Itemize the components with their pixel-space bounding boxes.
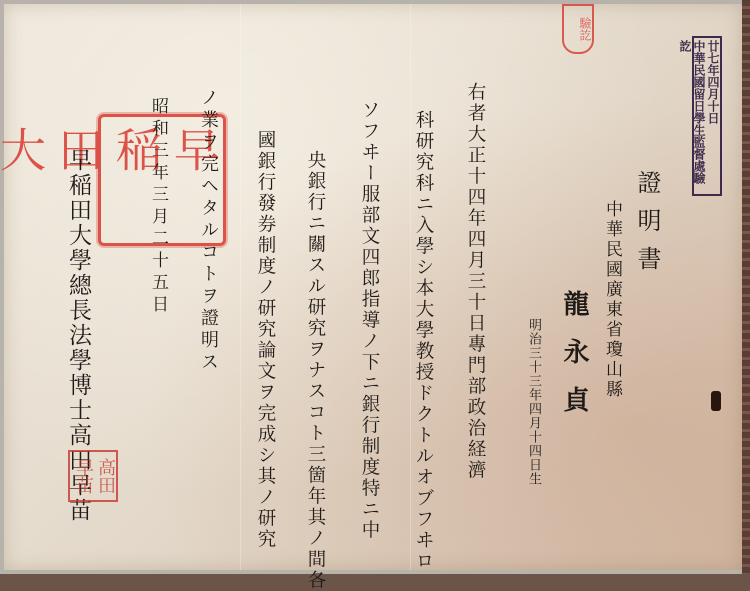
stamp-text: 中華民國留日學生監督處驗訖 [678, 40, 706, 192]
body-line-5: 國銀行發券制度ノ研究論文ヲ完成シ其ノ研究 [252, 130, 278, 550]
recipient-origin: 中華民國廣東省瓊山縣 [600, 200, 625, 400]
body-line-1: 右者大正十四年四月三十日專門部政治経濟 [462, 82, 488, 481]
supervisor-stamp: 廿七年四月十日 中華民國留日學生監督處驗訖 [692, 36, 722, 196]
body-line-6: ノ業ヲ完ヘタルコトヲ證明ス [195, 88, 221, 374]
signature-seal: 高田早苗 [68, 450, 118, 502]
fold-line [240, 4, 241, 570]
recipient-name: 龍永貞 [556, 290, 593, 434]
mount-edge [742, 0, 750, 574]
document-title: 證明書 [630, 170, 665, 284]
recipient-birth: 明治三十三年四月十四日生 [524, 318, 543, 486]
document-frame: 驗訖 廿七年四月十日 中華民國留日學生監督處驗訖 證明書 中華民國廣東省瓊山縣 … [0, 0, 750, 574]
body-line-3: ソフヰー服部文四郎指導ノ下ニ銀行制度特ニ中 [356, 100, 382, 541]
body-line-4: 央銀行ニ關スル研究ヲナスコト三箇年其ノ間各 [302, 150, 328, 574]
issue-date: 昭和三年三月二十五日 [146, 97, 171, 317]
paper-damage-hole [711, 391, 721, 411]
top-red-seal: 驗訖 [562, 4, 594, 54]
body-line-2: 科研究科ニ入學シ本大學教授ドクトルオブフヰロ [410, 110, 436, 572]
stamp-date: 廿七年四月十日 [706, 40, 720, 192]
